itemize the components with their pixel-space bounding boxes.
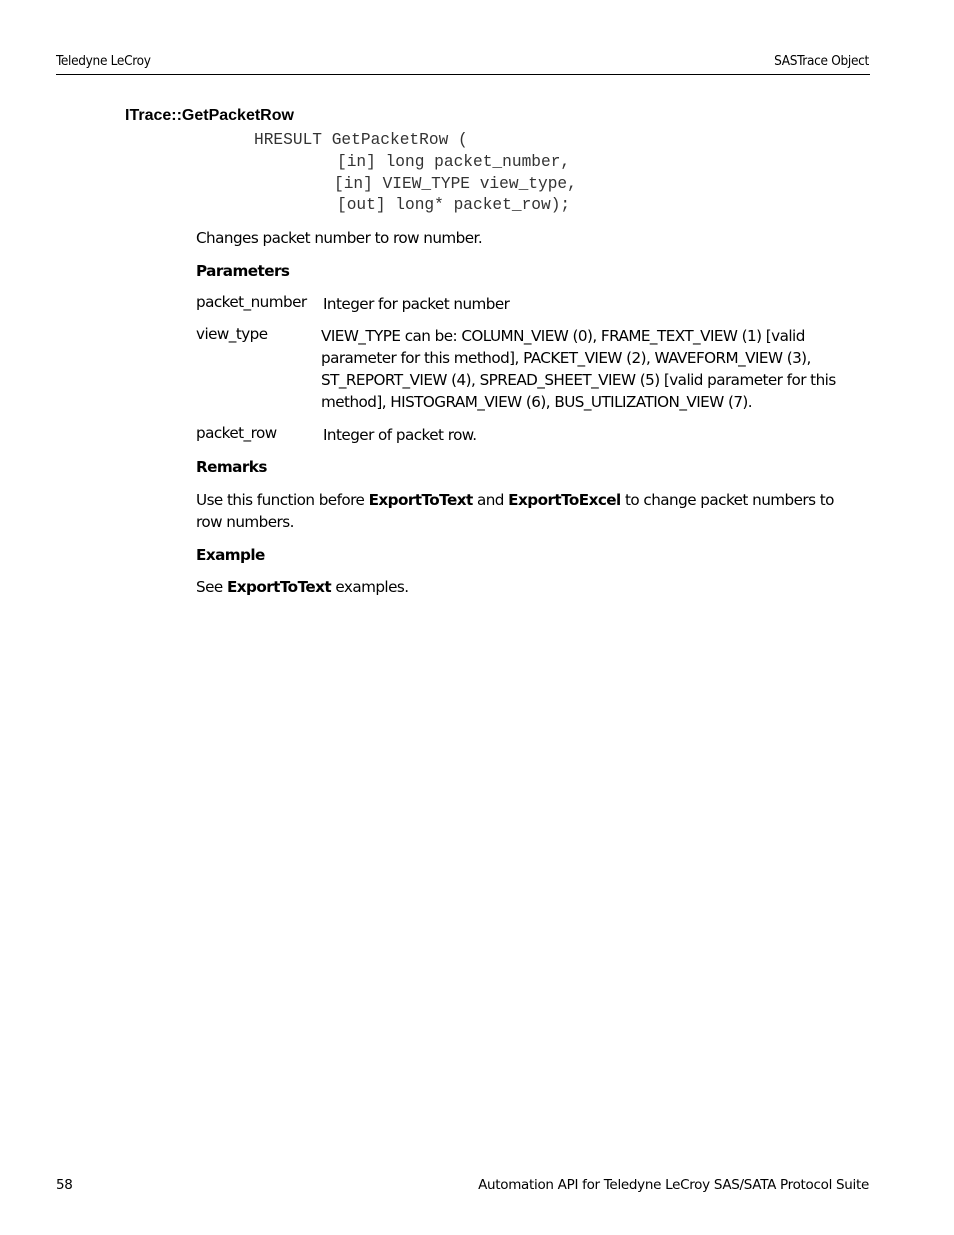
parameter-description: VIEW_TYPE can be: COLUMN_VIEW (0), FRAME… <box>321 325 866 413</box>
remarks-text: Use this function before ExportToText an… <box>196 489 861 533</box>
example-text-part: examples. <box>331 578 408 596</box>
signature-line: [in] long packet_number, <box>337 153 570 171</box>
page-number: 58 <box>56 1177 73 1193</box>
example-text-part: See <box>196 578 227 596</box>
parameter-name: packet_row <box>196 424 277 442</box>
export-to-text-ref: ExportToText <box>369 491 473 509</box>
header-divider <box>56 74 870 75</box>
remarks-text-part: and <box>473 491 508 509</box>
method-description: Changes packet number to row number. <box>196 227 876 249</box>
signature-line: [out] long* packet_row); <box>337 196 570 214</box>
example-heading: Example <box>196 544 876 566</box>
example-text: See ExportToText examples. <box>196 576 876 598</box>
signature-line: [in] VIEW_TYPE view_type, <box>334 175 577 193</box>
method-title: ITrace::GetPacketRow <box>125 107 294 125</box>
header-section: SASTrace Object <box>774 53 869 69</box>
parameter-description: Integer of packet row. <box>323 424 868 446</box>
remarks-text-part: Use this function before <box>196 491 369 509</box>
remarks-heading: Remarks <box>196 456 876 478</box>
export-to-excel-ref: ExportToExcel <box>508 491 621 509</box>
signature-line: HRESULT GetPacketRow ( <box>254 131 468 149</box>
header-company: Teledyne LeCroy <box>56 53 151 69</box>
parameter-name: packet_number <box>196 293 307 311</box>
parameter-name: view_type <box>196 325 268 343</box>
export-to-text-ref: ExportToText <box>227 578 331 596</box>
parameter-description: Integer for packet number <box>323 293 868 315</box>
parameters-heading: Parameters <box>196 260 876 282</box>
footer-title: Automation API for Teledyne LeCroy SAS/S… <box>478 1177 869 1193</box>
